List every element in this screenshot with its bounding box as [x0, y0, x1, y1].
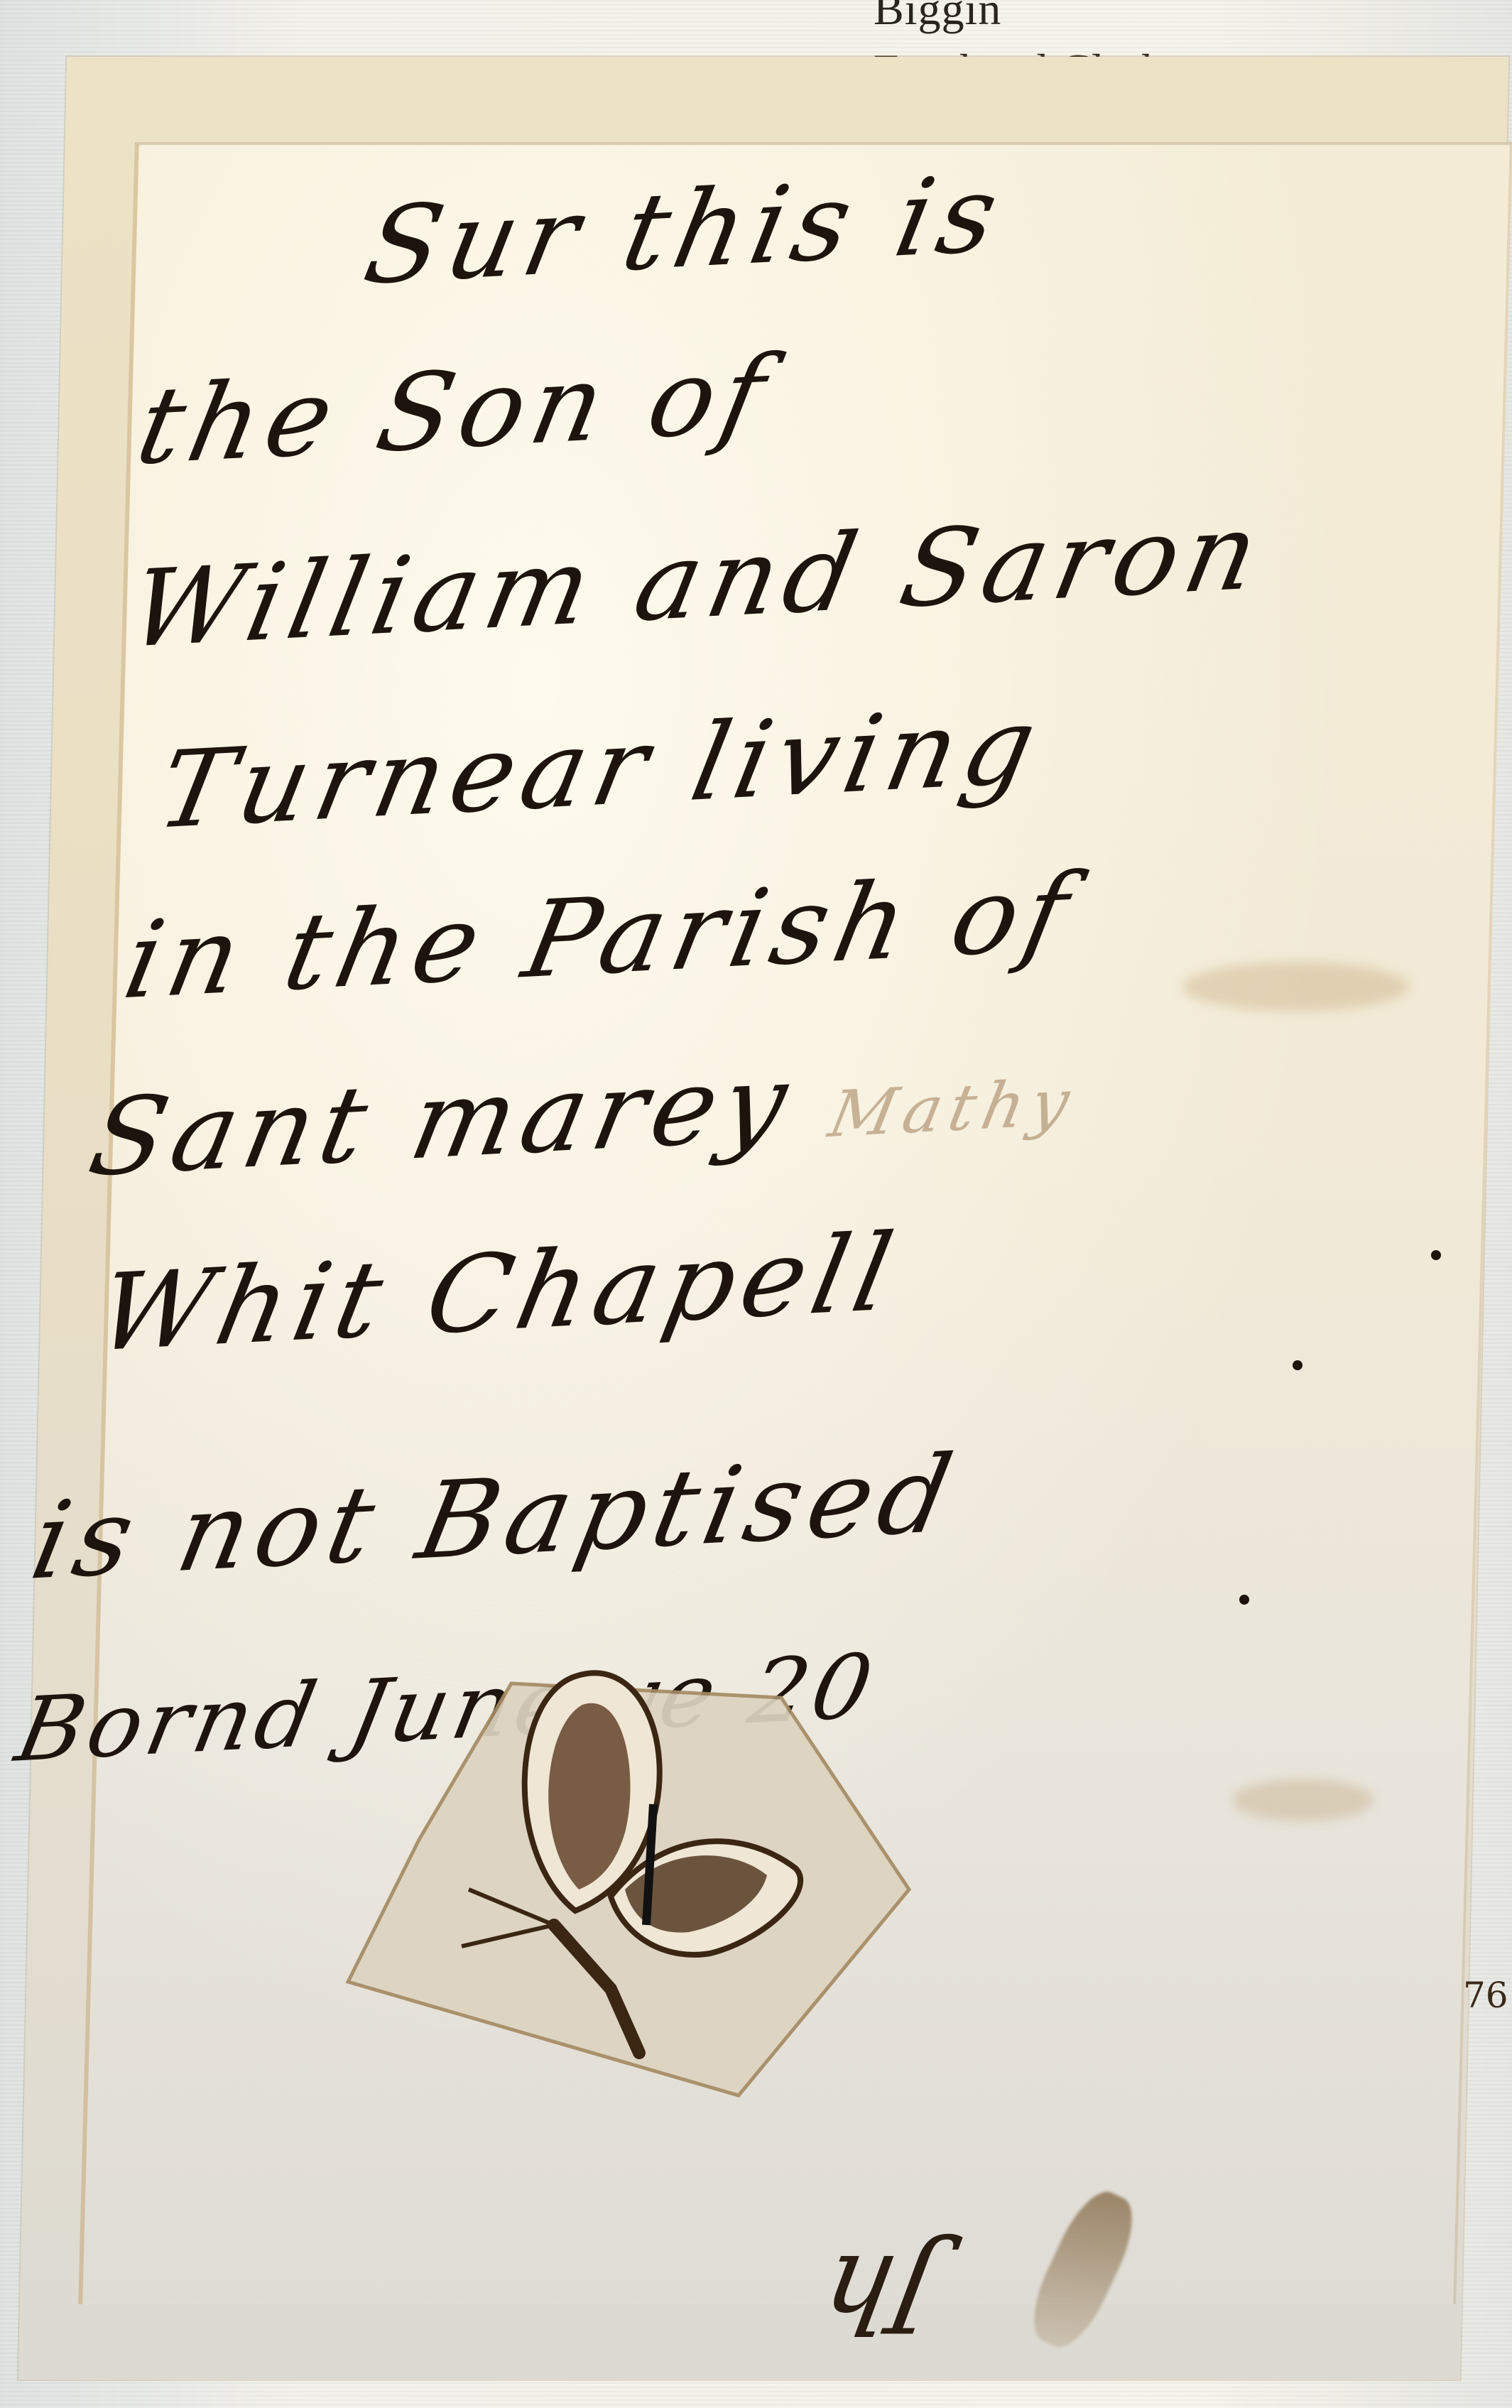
- faded-annotation: Mathy: [823, 1065, 1082, 1152]
- ink-stain: [1182, 962, 1410, 1012]
- edge-text-fragment: 76: [1463, 1975, 1508, 2016]
- ink-dot: [1239, 1595, 1249, 1605]
- note-line-2: the Son of: [129, 342, 780, 481]
- endorsement-mark: Jh: [813, 2230, 946, 2354]
- ink-dot: [1431, 1250, 1441, 1260]
- paper-stain: [1231, 1779, 1375, 1821]
- ink-dot: [1293, 1360, 1302, 1370]
- catalog-label-biggin: Biggin: [874, 0, 1165, 40]
- butterfly-icon: [341, 1655, 923, 2110]
- butterfly-token: [341, 1655, 923, 2110]
- note-line-1: Sur this is: [357, 161, 1013, 300]
